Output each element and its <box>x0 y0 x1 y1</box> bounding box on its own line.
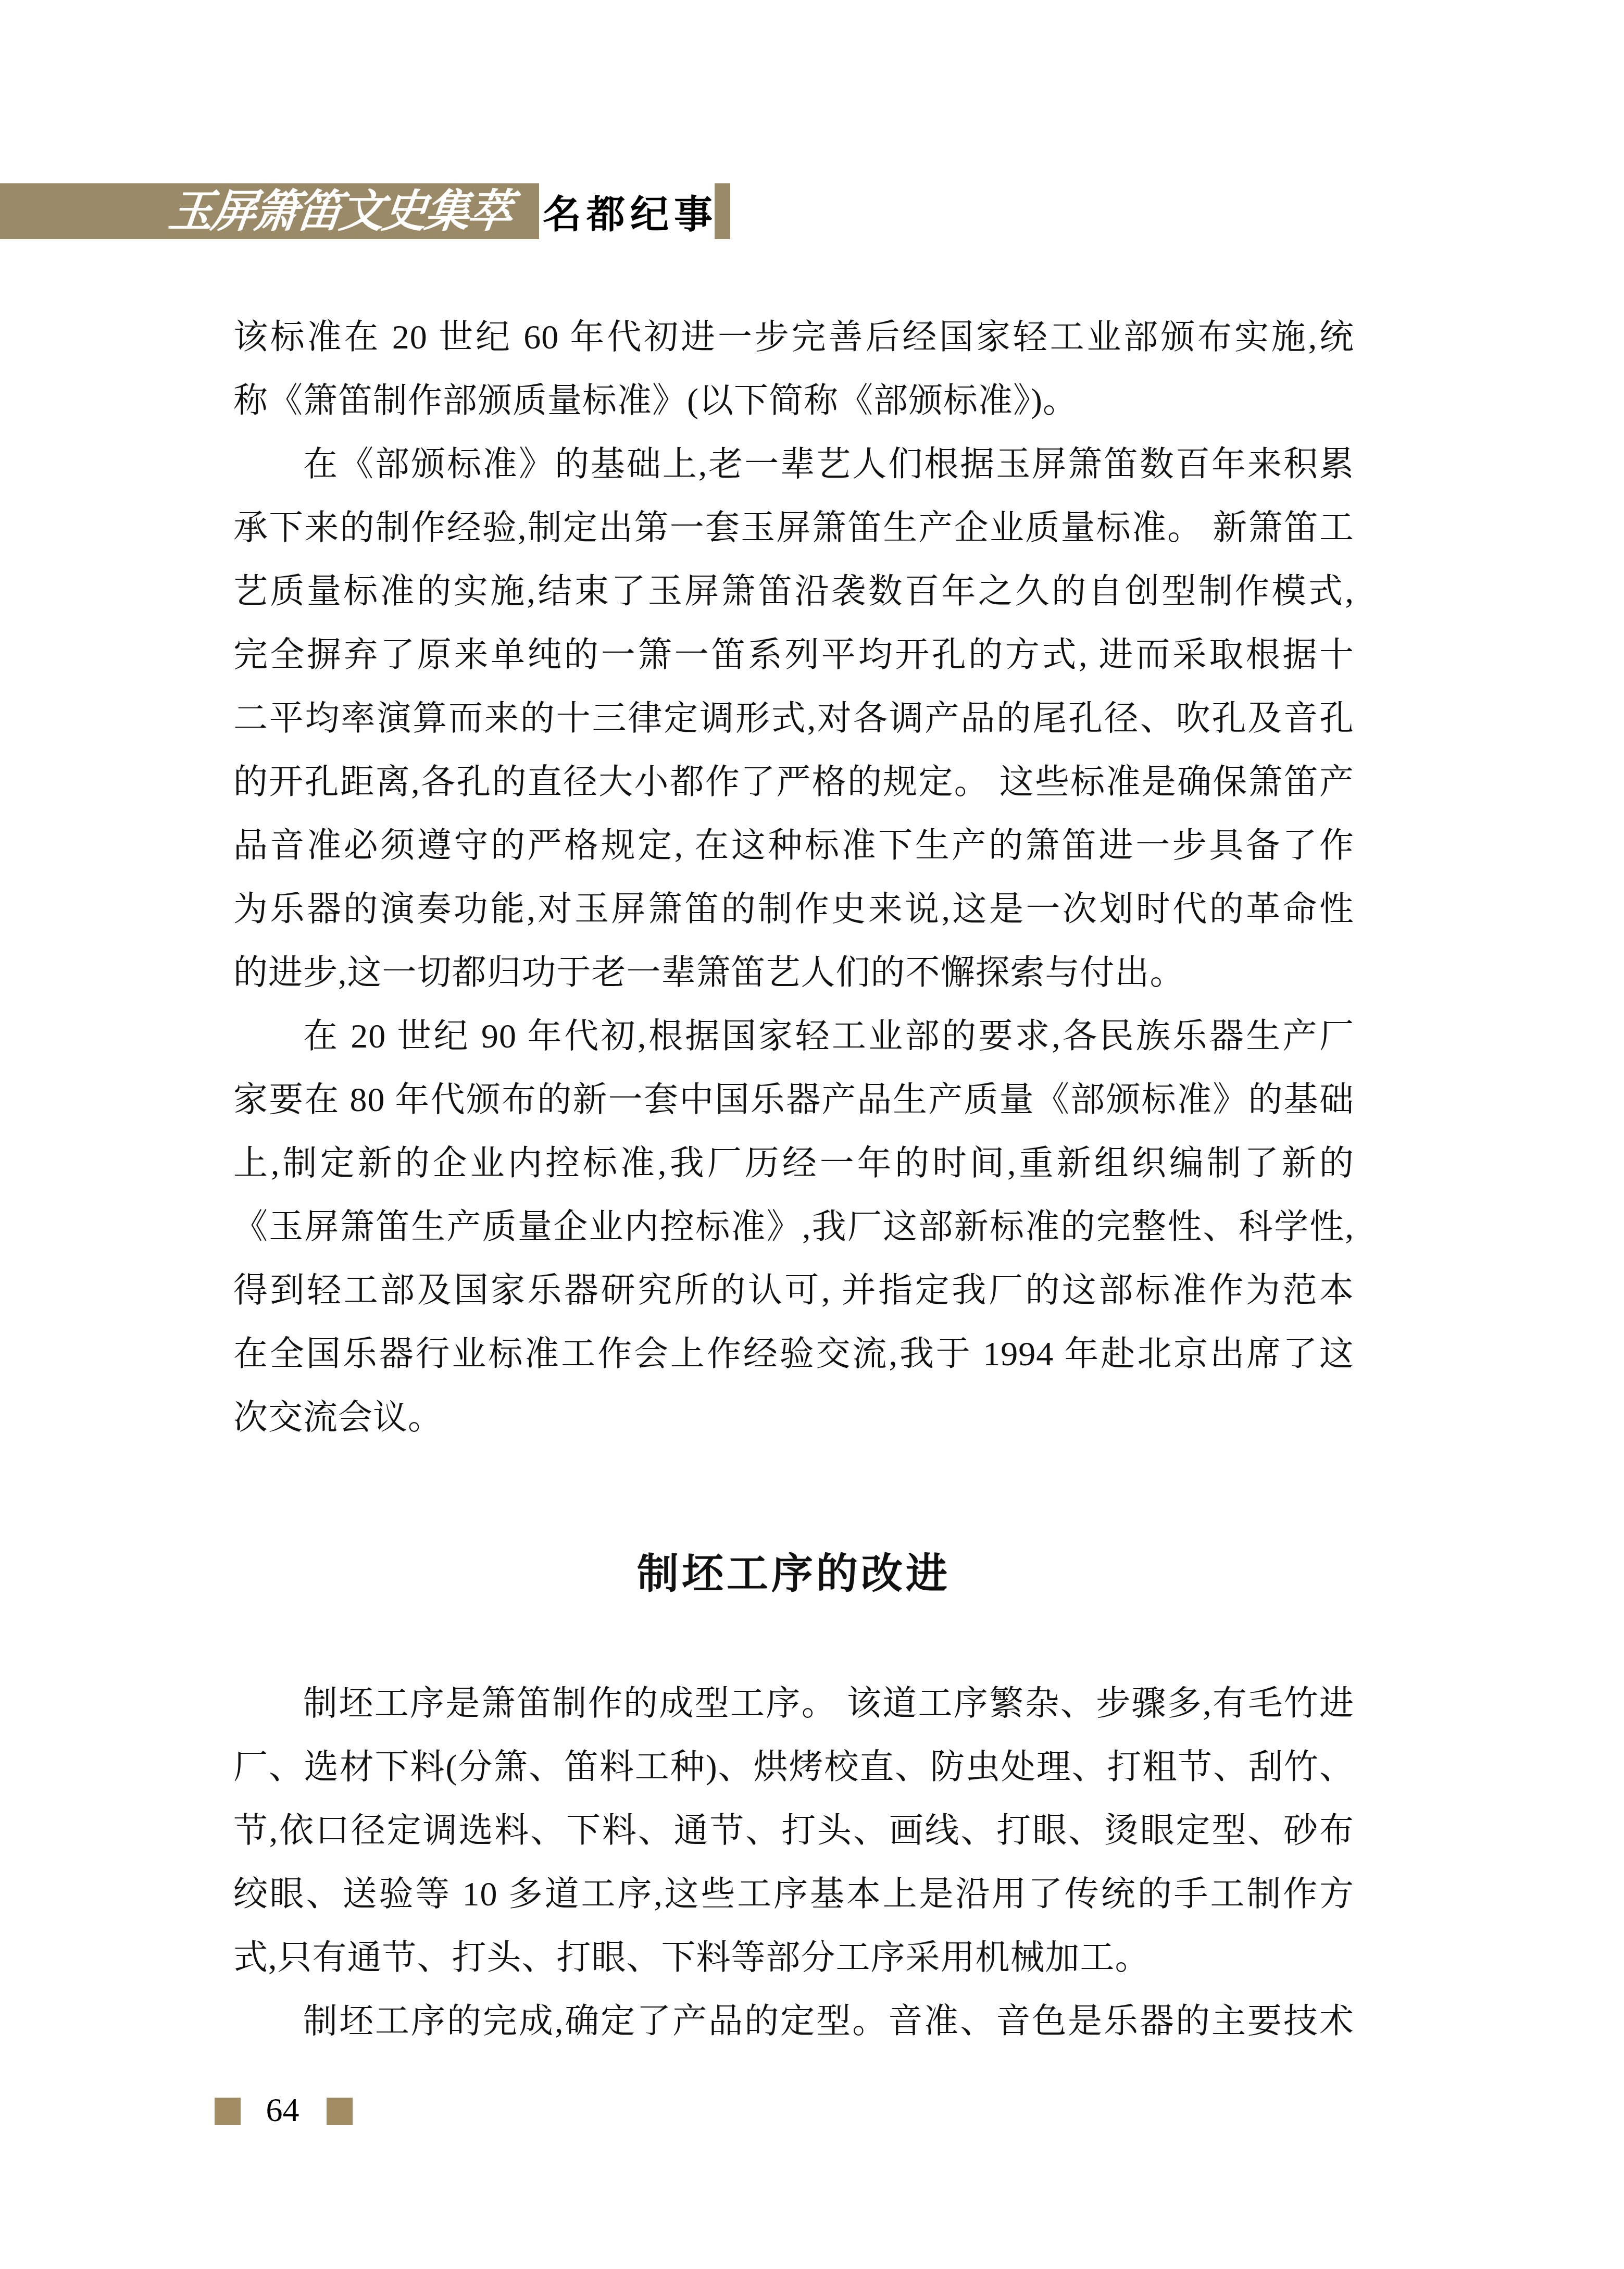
text-line: 厂、选材下料(分箫、笛料工种)、烘烤校直、防虫处理、打粗节、刮竹、刨细 <box>233 1736 1354 1799</box>
text-line: 得到轻工部及国家乐器研究所的认可, 并指定我厂的这部标准作为范本 <box>233 1259 1354 1323</box>
text-line: 式,只有通节、打头、打眼、下料等部分工序采用机械加工。 <box>233 1926 1354 1990</box>
text-line: 制坯工序是箫笛制作的成型工序。 该道工序繁杂、步骤多,有毛竹进 <box>233 1672 1354 1736</box>
footer-square-right <box>327 2098 353 2125</box>
text-line: 该标准在 20 世纪 60 年代初进一步完善后经国家轻工业部颁布实施,统 <box>233 306 1354 369</box>
book-page: { "theme": { "band_color": "#9b8a67", "s… <box>0 0 1624 2269</box>
text-line: 完全摒弃了原来单纯的一箫一笛系列平均开孔的方式, 进而采取根据十 <box>233 624 1354 687</box>
footer-square-left <box>215 2098 241 2125</box>
text-line: 《玉屏箫笛生产质量企业内控标准》,我厂这部新标准的完整性、科学性, <box>233 1195 1354 1259</box>
text-line: 为乐器的演奏功能,对玉屏箫笛的制作史来说,这是一次划时代的革命性 <box>233 878 1354 941</box>
text-line: 绞眼、送验等 10 多道工序,这些工序基本上是沿用了传统的手工制作方 <box>233 1863 1354 1926</box>
text-line: 称《箫笛制作部颁质量标准》(以下简称《部颁标准》)。 <box>233 369 1354 433</box>
text-line: 在 20 世纪 90 年代初,根据国家轻工业部的要求,各民族乐器生产厂 <box>233 1005 1354 1068</box>
book-title-calligraphy: 玉屏箫笛文史集萃 <box>166 189 513 234</box>
text-line: 的开孔距离,各孔的直径大小都作了严格的规定。 这些标准是确保箫笛产 <box>233 751 1354 814</box>
body-text-lower: 制坯工序是箫笛制作的成型工序。 该道工序繁杂、步骤多,有毛竹进厂、选材下料(分箫… <box>233 1672 1354 2053</box>
text-line: 的进步,这一切都归功于老一辈箫笛艺人们的不懈探索与付出。 <box>233 941 1354 1005</box>
text-line: 节,依口径定调选料、下料、通节、打头、画线、打眼、烫眼定型、砂布水磨、 <box>233 1799 1354 1863</box>
text-line: 在《部颁标准》的基础上,老一辈艺人们根据玉屏箫笛数百年来积累传 <box>233 433 1354 496</box>
page-number: 64 <box>250 2093 315 2127</box>
header-accent-bar <box>715 183 730 239</box>
section-heading: 制坯工序的改进 <box>233 1542 1354 1606</box>
text-line: 次交流会议。 <box>233 1386 1354 1450</box>
text-line: 品音准必须遵守的严格规定, 在这种标准下生产的箫笛进一步具备了作 <box>233 814 1354 878</box>
body-text-upper: 该标准在 20 世纪 60 年代初进一步完善后经国家轻工业部颁布实施,统称《箫笛… <box>233 306 1354 1450</box>
text-line: 家要在 80 年代颁布的新一套中国乐器产品生产质量《部颁标准》的基础 <box>233 1068 1354 1132</box>
text-line: 艺质量标准的实施,结束了玉屏箫笛沿袭数百年之久的自创型制作模式, <box>233 560 1354 624</box>
text-line: 承下来的制作经验,制定出第一套玉屏箫笛生产企业质量标准。 新箫笛工 <box>233 496 1354 560</box>
text-line: 制坯工序的完成,确定了产品的定型。音准、音色是乐器的主要技术指 <box>233 1990 1354 2053</box>
text-line: 二平均率演算而来的十三律定调形式,对各调产品的尾孔径、吹孔及音孔 <box>233 687 1354 751</box>
text-line: 上,制定新的企业内控标准,我厂历经一年的时间,重新组织编制了新的 <box>233 1132 1354 1195</box>
header-band: 玉屏箫笛文史集萃 <box>0 183 539 239</box>
text-line: 在全国乐器行业标准工作会上作经验交流,我于 1994 年赴北京出席了这 <box>233 1323 1354 1386</box>
section-series-label: 名都纪事 <box>543 183 718 239</box>
